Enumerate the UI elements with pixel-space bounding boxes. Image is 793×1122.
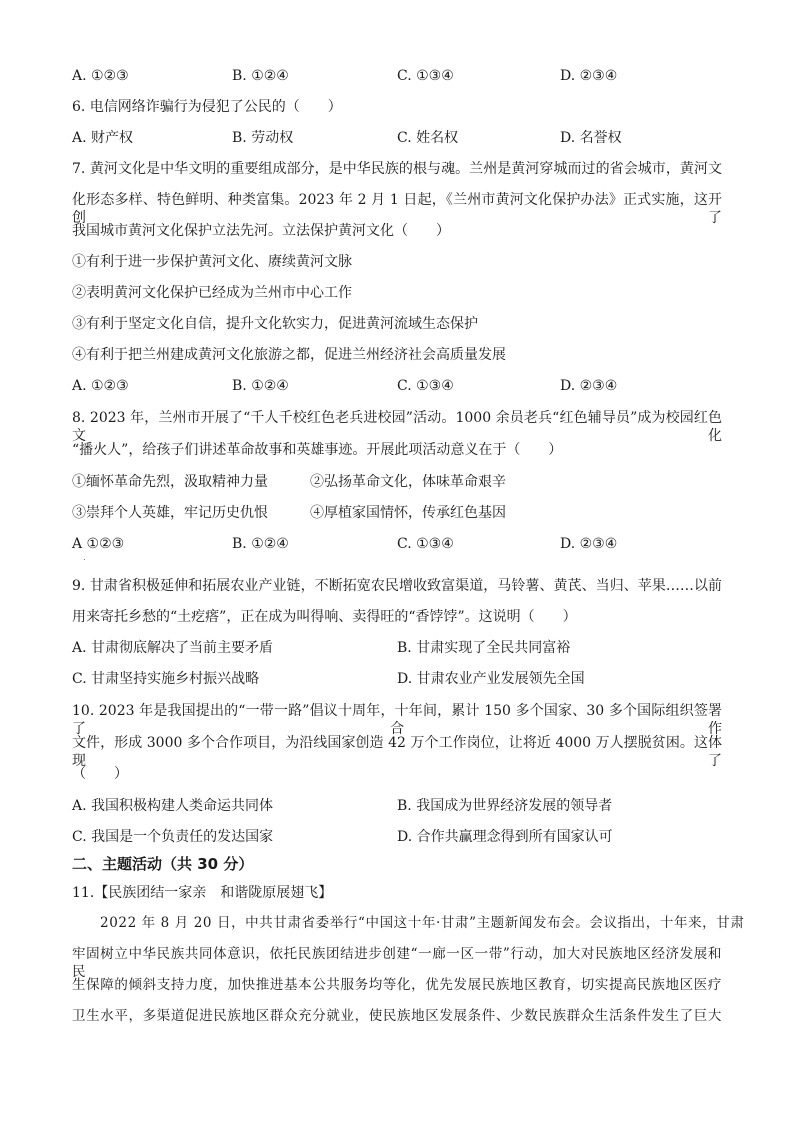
- q8-statement-4: ④厚植家国情怀，传承红色基因: [310, 504, 506, 522]
- q7-option-a: A. ①②③: [72, 377, 129, 395]
- q9-option-a: A. 甘肃彻底解决了当前主要矛盾: [72, 639, 273, 657]
- q10-option-d: D. 合作共赢理念得到所有国家认可: [397, 828, 613, 846]
- q8-option-c: C. ①③④: [397, 535, 454, 553]
- q10-stem-line-1: 10. 2023 年是我国提出的“一带一路”倡议十周年，十年间，累计 150 多…: [72, 702, 722, 738]
- q7-statement-2: ②表明黄河文化保护已经成为兰州市中心工作: [72, 284, 352, 302]
- q6-option-c: C. 姓名权: [397, 129, 458, 147]
- q8-option-d: D. ②③④: [560, 535, 617, 553]
- q7-statement-4: ④有利于把兰州建成黄河文化旅游之都，促进兰州经济社会高质量发展: [72, 346, 506, 364]
- q10-option-b: B. 我国成为世界经济发展的领导者: [397, 797, 612, 815]
- q10-stem-line-3: （ ）: [72, 765, 128, 783]
- q8-stem-line-2: “播火人”，给孩子们讲述革命故事和英雄事迹。开展此项活动意义在于（ ）: [72, 441, 562, 459]
- q5-option-c: C. ①③④: [397, 67, 454, 85]
- q7-statement-1: ①有利于进一步保护黄河文化、赓续黄河文脉: [72, 253, 352, 271]
- q11-para-line-1: 2022 年 8 月 20 日，中共甘肃省委举行“中国这十年·甘肃”主题新闻发布…: [100, 914, 744, 932]
- q10-option-a: A. 我国积极构建人类命运共同体: [72, 797, 273, 815]
- q11-para-line-4: 卫生水平，多渠道促进民族地区群众充分就业，使民族地区发展条件、少数民族群众生活条…: [72, 1007, 722, 1025]
- q8-statement-1: ①缅怀革命先烈，汲取精神力量: [72, 473, 268, 491]
- q8-stem-line-1: 8. 2023 年，兰州市开展了“千人千校红色老兵进校园”活动。1000 余员老…: [72, 409, 722, 445]
- q7-option-c: C. ①③④: [397, 377, 454, 395]
- stray-mark: [84, 559, 85, 560]
- q5-option-b: B. ①②④: [232, 67, 289, 85]
- q8-statement-2: ②弘扬革命文化，体味革命艰辛: [310, 473, 506, 491]
- q8-statement-3: ③崇拜个人英雄，牢记历史仇恨: [72, 504, 268, 522]
- q11-title: 11.【民族团结一家亲 和谐陇原展翅飞】: [72, 884, 332, 902]
- q6-option-d: D. 名誉权: [560, 129, 622, 147]
- q9-option-c: C. 甘肃坚持实施乡村振兴战略: [72, 670, 259, 688]
- section-2-heading: 二、主题活动（共 30 分）: [72, 855, 253, 873]
- q10-option-c: C. 我国是一个负责任的发达国家: [72, 828, 273, 846]
- q7-stem-line-1: 7. 黄河文化是中华文明的重要组成部分，是中华民族的根与魂。兰州是黄河穿城而过的…: [72, 160, 722, 178]
- q9-option-b: B. 甘肃实现了全民共同富裕: [397, 639, 570, 657]
- q7-statement-3: ③有利于坚定文化自信，提升文化软实力，促进黄河流域生态保护: [72, 315, 478, 333]
- q8-option-a: A ①②③: [72, 535, 124, 553]
- q9-option-d: D. 甘肃农业产业发展领先全国: [397, 670, 585, 688]
- q7-option-b: B. ①②④: [232, 377, 289, 395]
- q10-stem-line-2: 文件，形成 3000 多个合作项目，为沿线国家创造 42 万个工作岗位，让将近 …: [72, 734, 722, 770]
- q8-option-b: B. ①②④: [232, 535, 289, 553]
- q5-option-d: D. ②③④: [560, 67, 617, 85]
- q9-stem-line-1: 9. 甘肃省积极延伸和拓展农业产业链，不断拓宽农民增收致富渠道，马铃薯、黄芪、当…: [72, 577, 722, 595]
- q6-option-a: A. 财产权: [72, 129, 133, 147]
- q7-stem-line-3: 我国城市黄河文化保护立法先河。立法保护黄河文化（ ）: [72, 222, 450, 240]
- q5-option-a: A. ①②③: [72, 67, 129, 85]
- q7-option-d: D. ②③④: [560, 377, 617, 395]
- q6-option-b: B. 劳动权: [232, 129, 293, 147]
- q6-stem: 6. 电信网络诈骗行为侵犯了公民的（ ）: [72, 98, 342, 116]
- q9-stem-line-2: 用来寄托乡愁的“土疙瘩”，正在成为叫得响、卖得旺的“香饽饽”。这说明（ ）: [72, 608, 577, 626]
- q11-para-line-3: 生保障的倾斜支持力度，加快推进基本公共服务均等化，优先发展民族地区教育，切实提高…: [72, 976, 722, 994]
